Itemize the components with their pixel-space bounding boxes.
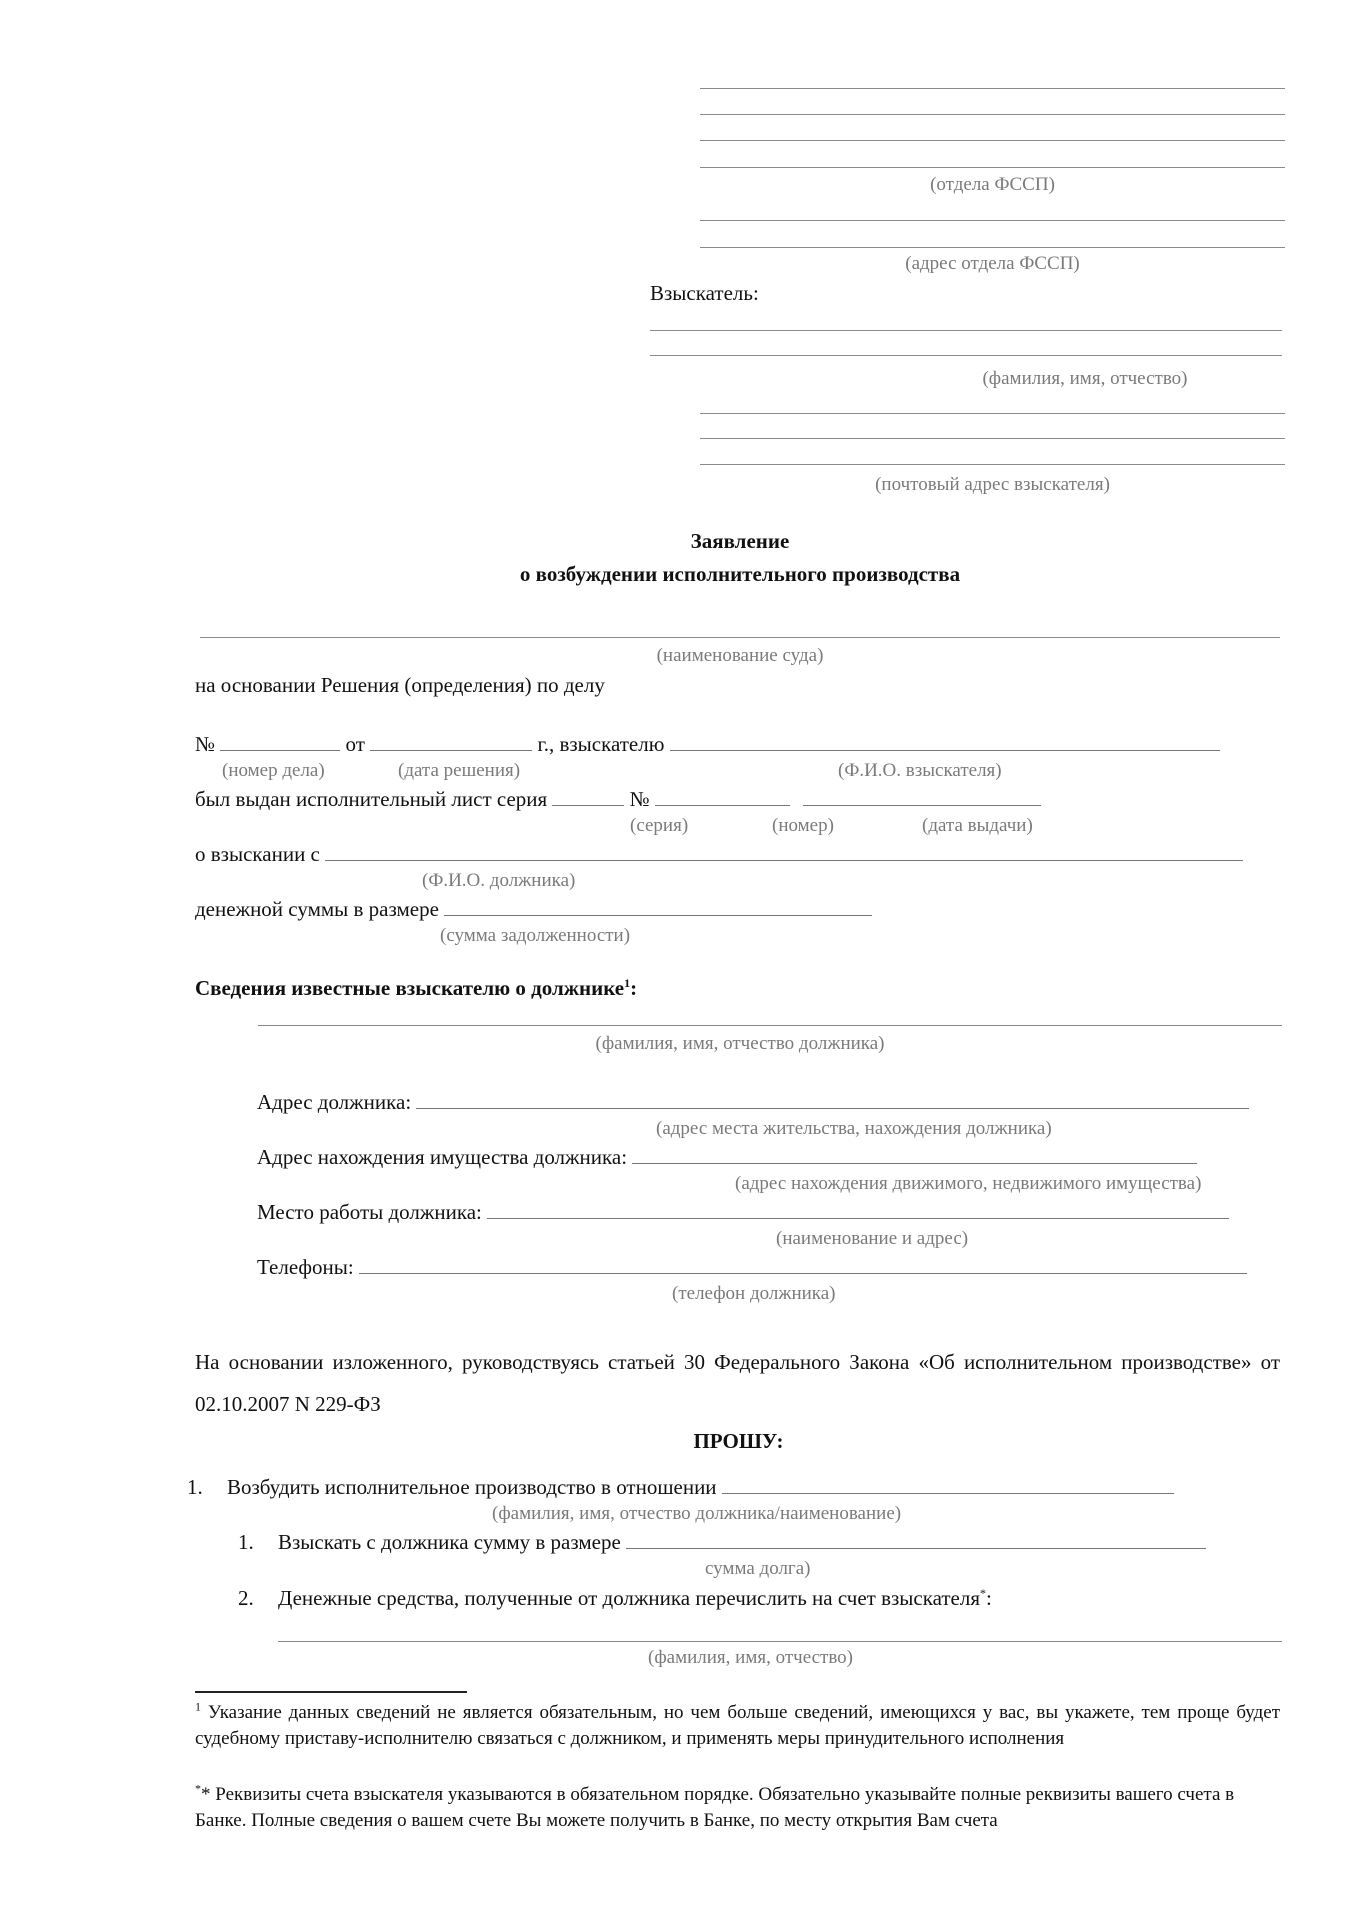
property-address-label: Адрес нахождения имущества должника: — [257, 1145, 627, 1169]
claimant-address-line-2[interactable] — [700, 438, 1285, 439]
item1-hint: (фамилия, имя, отчество должника/наимено… — [492, 1503, 901, 1525]
footnote-2: ** Реквизиты счета взыскателя указываютс… — [195, 1782, 1235, 1834]
series-hint: (серия) — [630, 815, 688, 837]
writ-issue-date-field[interactable] — [803, 785, 1041, 806]
workplace-label: Место работы должника: — [257, 1200, 482, 1224]
case-number-field[interactable] — [220, 730, 340, 751]
debtor-info-heading-text: Сведения известные взыскателю о должнике — [195, 976, 624, 1000]
case-number-hint: (номер дела) — [222, 760, 325, 782]
footnote-1-text: Указание данных сведений не является обя… — [195, 1702, 1280, 1749]
phones-hint: (телефон должника) — [672, 1283, 836, 1305]
fssp-dept-line-3[interactable] — [700, 140, 1285, 141]
document-subtitle: о возбуждении исполнительного производст… — [0, 561, 1357, 587]
amount-text: денежной суммы в размере — [195, 897, 439, 921]
recover-from-text: о взыскании с — [195, 842, 320, 866]
claimant-address-hint: (почтовый адрес взыскателя) — [700, 474, 1285, 496]
decision-date-hint: (дата решения) — [398, 760, 520, 782]
sub1-text: Взыскать с должника сумму в размере — [278, 1530, 621, 1554]
debtor-address-field[interactable] — [416, 1088, 1249, 1109]
footnote-2-text: * Реквизиты счета взыскателя указываются… — [195, 1784, 1234, 1831]
sub1-hint: сумма долга) — [705, 1558, 810, 1580]
sub2-number: 2. — [238, 1585, 278, 1611]
debtor-fio-field[interactable] — [325, 840, 1243, 861]
account-line[interactable] — [278, 1641, 1282, 1642]
basis-paragraph: На основании изложенного, руководствуясь… — [195, 1341, 1280, 1425]
debt-amount-field[interactable] — [444, 895, 872, 916]
sub1-number: 1. — [238, 1529, 278, 1555]
number-sign: № — [195, 732, 215, 756]
decision-date-field[interactable] — [370, 730, 532, 751]
writ-text: был выдан исполнительный лист серия — [195, 787, 547, 811]
recover-from-row: о взыскании с — [195, 840, 1243, 867]
basis-text: на основании Решения (определения) по де… — [195, 672, 605, 698]
property-address-row: Адрес нахождения имущества должника: — [257, 1143, 1197, 1170]
workplace-field[interactable] — [487, 1198, 1229, 1219]
claimant-label: Взыскатель: — [650, 280, 759, 306]
workplace-hint: (наименование и адрес) — [776, 1228, 968, 1250]
debtor-info-heading: Сведения известные взыскателю о должнике… — [195, 975, 637, 1001]
claimant-address-line-1[interactable] — [700, 413, 1285, 414]
fssp-dept-line-4[interactable] — [700, 167, 1285, 168]
debtor-fio-hint: (Ф.И.О. должника) — [422, 870, 575, 892]
from-text: от — [346, 732, 365, 756]
property-address-hint: (адрес нахождения движимого, недвижимого… — [735, 1173, 1201, 1195]
writ-number-sign: № — [630, 787, 650, 811]
court-name-hint: (наименование суда) — [560, 645, 920, 667]
writ-series-field[interactable] — [552, 785, 624, 806]
debtor-fio-full-hint: (фамилия, имя, отчество должника) — [530, 1033, 950, 1055]
claimant-fio-hint: (Ф.И.О. взыскателя) — [838, 760, 1002, 782]
property-address-field[interactable] — [632, 1143, 1197, 1164]
fssp-address-line-2[interactable] — [700, 247, 1285, 248]
fssp-address-line-1[interactable] — [700, 220, 1285, 221]
phones-row: Телефоны: — [257, 1253, 1247, 1280]
fssp-dept-hint: (отдела ФССП) — [700, 174, 1285, 196]
debtor-address-label: Адрес должника: — [257, 1090, 411, 1114]
year-claimant-text: г., взыскателю — [537, 732, 664, 756]
claimant-name-line-2[interactable] — [650, 355, 1282, 356]
case-number-row: № от г., взыскателю — [195, 730, 1220, 757]
claimant-fio-field[interactable] — [670, 730, 1220, 751]
issue-date-hint: (дата выдачи) — [922, 815, 1033, 837]
heading-colon: : — [630, 976, 637, 1000]
sub1-amount-field[interactable] — [626, 1528, 1206, 1549]
request-heading: ПРОШУ: — [0, 1428, 1357, 1454]
phones-field[interactable] — [359, 1253, 1247, 1274]
sub2-hint: (фамилия, имя, отчество) — [648, 1647, 853, 1669]
footnote-1: 1 Указание данных сведений не является о… — [195, 1700, 1280, 1752]
claimant-name-line-1[interactable] — [650, 330, 1282, 331]
phones-label: Телефоны: — [257, 1255, 354, 1279]
sub2-colon: : — [986, 1586, 992, 1610]
debtor-fio-line[interactable] — [258, 1025, 1282, 1026]
request-item-1: 1.Возбудить исполнительное производство … — [187, 1473, 1174, 1500]
amount-row: денежной суммы в размере — [195, 895, 872, 922]
workplace-row: Место работы должника: — [257, 1198, 1229, 1225]
footnote-1-mark: 1 — [195, 1700, 201, 1714]
sub2-text: Денежные средства, полученные от должник… — [278, 1586, 980, 1610]
request-subitem-2: 2.Денежные средства, полученные от должн… — [238, 1585, 992, 1611]
document-title: Заявление — [0, 528, 1357, 554]
item1-field[interactable] — [722, 1473, 1174, 1494]
debt-amount-hint: (сумма задолженности) — [440, 925, 630, 947]
fssp-address-hint: (адрес отдела ФССП) — [700, 253, 1285, 275]
writ-row: был выдан исполнительный лист серия № — [195, 785, 1041, 812]
footnote-separator — [195, 1691, 467, 1693]
item1-number: 1. — [187, 1474, 227, 1500]
fssp-dept-line-1[interactable] — [700, 88, 1285, 89]
court-name-line[interactable] — [200, 637, 1280, 638]
claimant-address-line-3[interactable] — [700, 464, 1285, 465]
debtor-address-hint: (адрес места жительства, нахождения долж… — [656, 1118, 1052, 1140]
debtor-address-row: Адрес должника: — [257, 1088, 1249, 1115]
number-hint: (номер) — [772, 815, 834, 837]
request-subitem-1: 1.Взыскать с должника сумму в размере — [238, 1528, 1206, 1555]
writ-number-field[interactable] — [655, 785, 790, 806]
item1-text: Возбудить исполнительное производство в … — [227, 1475, 717, 1499]
claimant-name-hint: (фамилия, имя, отчество) — [870, 368, 1300, 390]
fssp-dept-line-2[interactable] — [700, 114, 1285, 115]
